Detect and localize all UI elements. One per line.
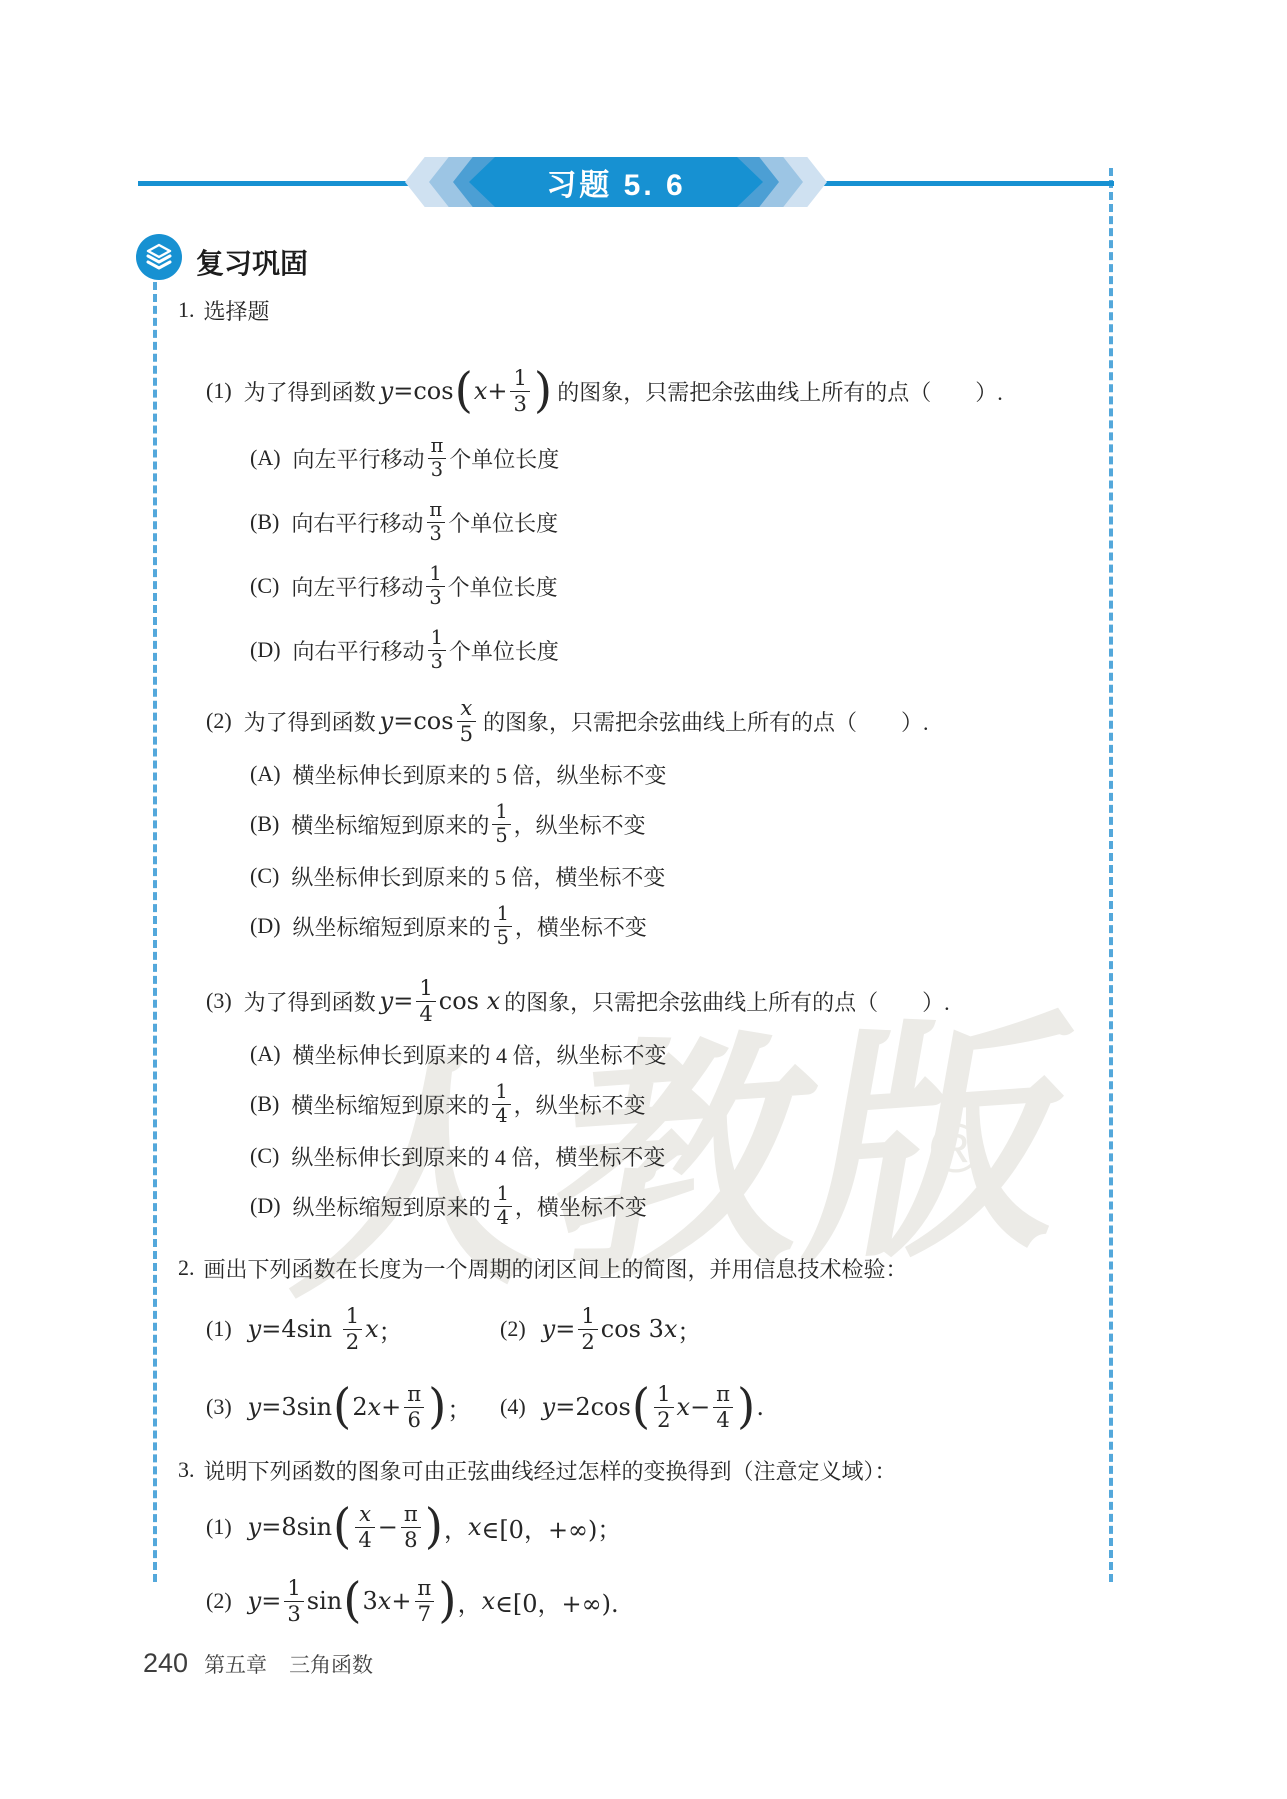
- math-token: 1: [578, 1304, 597, 1328]
- math-token: 3: [362, 1587, 377, 1615]
- option-3d: (D) 纵坐标缩短到原来的 14 ，横坐标不变: [250, 1176, 1115, 1236]
- fraction: x4: [355, 1502, 374, 1552]
- fraction: π3: [428, 435, 447, 481]
- question-1-item-2: (2) 为了得到函数 y=cosx5 的图象，只需把余弦曲线上所有的点（ ）.: [206, 690, 1115, 752]
- math-expression: y=12cos 3x；: [542, 1304, 702, 1354]
- item-label: (3): [206, 1394, 232, 1420]
- question-2-item-1: (1) y=4sin 12x；: [206, 1304, 500, 1354]
- math-token: (: [632, 1383, 650, 1431]
- item-pre-text: 为了得到函数: [244, 986, 376, 1017]
- fraction: 13: [428, 627, 446, 673]
- math-token: 4: [355, 1527, 374, 1552]
- math-token: 1: [510, 366, 529, 390]
- math-token: ；: [379, 1312, 403, 1347]
- math-token: (: [343, 1577, 361, 1625]
- math-token: ): [534, 367, 552, 415]
- option-pre-text: 向左平行移动: [291, 571, 423, 602]
- math-token: (: [455, 367, 473, 415]
- option-pre-text: 横坐标缩短到原来的: [291, 809, 489, 840]
- option-label: (D): [250, 913, 281, 939]
- item-post-text: 的图象，只需把余弦曲线上所有的点（ ）.: [483, 706, 929, 737]
- fraction: 13: [284, 1576, 303, 1626]
- math-token: +: [391, 1587, 411, 1615]
- option-post-text: 个单位长度: [449, 635, 559, 666]
- fraction: 13: [426, 563, 444, 609]
- option-pre-text: 纵坐标伸长到原来的 4 倍，横坐标不变: [291, 1141, 665, 1172]
- item-label: (1): [206, 1514, 232, 1540]
- item-label: (4): [500, 1394, 526, 1420]
- math-token: =2cos: [555, 1393, 631, 1421]
- option-pre-text: 横坐标伸长到原来的 4 倍，纵坐标不变: [293, 1039, 667, 1070]
- banner-hexagon: 习题 5. 6: [469, 157, 763, 207]
- question-2-item-4: (4) y=2cos(12x−π4).: [500, 1382, 768, 1432]
- item-label: (2): [500, 1316, 526, 1342]
- math-token: y: [248, 1513, 262, 1541]
- math-token: 2: [352, 1393, 367, 1421]
- math-token: −: [378, 1513, 398, 1541]
- option-label: (A): [250, 1041, 281, 1067]
- math-token: y: [380, 707, 394, 735]
- question-2-row-1: (1) y=4sin 12x； (2) y=12cos 3x；: [206, 1296, 1115, 1362]
- math-token: 5: [457, 721, 476, 746]
- math-token: ∈[0，+∞).: [495, 1584, 619, 1619]
- math-token: +: [381, 1393, 401, 1421]
- fraction: x5: [457, 696, 476, 746]
- option-pre-text: 向右平行移动: [291, 507, 423, 538]
- option-post-text: 个单位长度: [448, 571, 558, 602]
- math-token: 2: [654, 1407, 673, 1432]
- item-label: (3): [206, 988, 232, 1014]
- exercise-content: 1. 选择题 (1) 为了得到函数 y=cos(x+13) 的图象，只需把余弦曲…: [150, 292, 1115, 1634]
- fraction: 12: [578, 1304, 597, 1354]
- question-1-title: 1. 选择题: [178, 296, 1115, 324]
- banner-title: 习题 5. 6: [546, 160, 685, 204]
- option-post-text: ，横坐标不变: [515, 911, 647, 942]
- math-token: =4sin: [261, 1315, 339, 1343]
- math-token: ，: [444, 1510, 468, 1545]
- option-label: (C): [250, 573, 279, 599]
- math-token: +: [487, 377, 507, 405]
- math-token: π: [713, 1382, 733, 1406]
- math-expression: y=cos(x+13): [380, 366, 554, 416]
- math-token: 6: [404, 1407, 423, 1432]
- option-1c: (C) 向左平行移动 13 个单位长度: [250, 556, 1115, 616]
- option-3c: (C) 纵坐标伸长到原来的 4 倍，横坐标不变: [250, 1138, 1115, 1174]
- math-token: π: [401, 1502, 421, 1526]
- option-label: (A): [250, 761, 281, 787]
- option-label: (A): [250, 445, 281, 471]
- stack-glyph: [145, 243, 173, 271]
- math-token: y: [380, 987, 394, 1015]
- option-1d: (D) 向右平行移动 13 个单位长度: [250, 620, 1115, 680]
- question-number: 1.: [178, 297, 195, 323]
- option-post-text: ，横坐标不变: [515, 1191, 647, 1222]
- question-2-item-2: (2) y=12cos 3x；: [500, 1304, 705, 1354]
- option-pre-text: 向右平行移动: [293, 635, 425, 666]
- math-token: ): [425, 1503, 443, 1551]
- math-token: x: [677, 1393, 691, 1421]
- math-token: π: [404, 1382, 424, 1406]
- question-title-text: 选择题: [204, 295, 270, 326]
- option-3a: (A) 横坐标伸长到原来的 4 倍，纵坐标不变: [250, 1036, 1115, 1072]
- page-number: 240: [143, 1648, 188, 1679]
- math-expression: y=14cos x: [380, 976, 501, 1026]
- math-expression: y=13sin(3x+π7)，x∈[0，+∞).: [248, 1576, 619, 1626]
- option-label: (B): [250, 509, 279, 535]
- math-expression: y=8sin(x4−π8)，x∈[0，+∞)；: [248, 1502, 622, 1552]
- chapter-label: 第五章: [204, 1649, 267, 1679]
- question-title-text: 画出下列函数在长度为一个周期的闭区间上的简图，并用信息技术检验：: [204, 1253, 908, 1284]
- math-token: ；: [677, 1312, 701, 1347]
- option-label: (D): [250, 637, 281, 663]
- math-token: 4: [713, 1407, 732, 1432]
- math-token: y: [542, 1393, 556, 1421]
- option-pre-text: 向左平行移动: [293, 443, 425, 474]
- math-token: ∈[0，+∞)；: [482, 1510, 622, 1545]
- math-token: y: [248, 1587, 262, 1615]
- option-post-text: ，纵坐标不变: [514, 809, 646, 840]
- math-token: ): [428, 1383, 446, 1431]
- math-token: x: [457, 696, 475, 720]
- textbook-page: 人教版 ® 习题 5. 6 复习巩固 1. 选择题 (1) 为: [0, 0, 1287, 1799]
- math-token: 1: [416, 976, 435, 1000]
- math-token: y: [248, 1393, 262, 1421]
- page-footer: 240 第五章 三角函数: [143, 1648, 373, 1679]
- option-label: (B): [250, 1091, 279, 1117]
- question-1-item-3: (3) 为了得到函数 y=14cos x 的图象，只需把余弦曲线上所有的点（ ）…: [206, 970, 1115, 1032]
- item-label: (2): [206, 708, 232, 734]
- question-3-item-1: (1) y=8sin(x4−π8)，x∈[0，+∞)；: [206, 1494, 1115, 1560]
- math-token: ): [438, 1577, 456, 1625]
- math-token: x: [365, 1315, 379, 1343]
- option-2b: (B) 横坐标缩短到原来的 15 ，纵坐标不变: [250, 794, 1115, 854]
- math-expression: y=2cos(12x−π4).: [542, 1382, 764, 1432]
- math-token: x: [368, 1393, 382, 1421]
- fraction: 13: [510, 366, 529, 416]
- question-3-title: 3. 说明下列函数的图象可由正弦曲线经过怎样的变换得到（注意定义域）：: [178, 1454, 1115, 1486]
- math-expression: y=4sin 12x；: [248, 1304, 403, 1354]
- math-token: 8: [401, 1527, 420, 1552]
- option-1b: (B) 向右平行移动 π3 个单位长度: [250, 492, 1115, 552]
- option-pre-text: 纵坐标缩短到原来的: [293, 1191, 491, 1222]
- question-3-item-2: (2) y=13sin(3x+π7)，x∈[0，+∞).: [206, 1568, 1115, 1634]
- option-label: (C): [250, 863, 279, 889]
- option-1a: (A) 向左平行移动 π3 个单位长度: [250, 428, 1115, 488]
- fraction: 15: [494, 903, 512, 949]
- fraction: 12: [654, 1382, 673, 1432]
- option-2a: (A) 横坐标伸长到原来的 5 倍，纵坐标不变: [250, 756, 1115, 792]
- math-token: −: [690, 1393, 710, 1421]
- math-token: x: [378, 1587, 392, 1615]
- math-token: (: [333, 1383, 351, 1431]
- option-pre-text: 纵坐标缩短到原来的: [293, 911, 491, 942]
- fraction: π3: [426, 499, 445, 545]
- question-title-text: 说明下列函数的图象可由正弦曲线经过怎样的变换得到（注意定义域）：: [204, 1455, 897, 1486]
- math-token: =8sin: [261, 1513, 332, 1541]
- question-number: 2.: [178, 1255, 195, 1281]
- option-2d: (D) 纵坐标缩短到原来的 15 ，横坐标不变: [250, 896, 1115, 956]
- math-token: 1: [654, 1382, 673, 1406]
- math-token: 7: [415, 1601, 434, 1626]
- math-expression: y=cosx5: [380, 696, 479, 746]
- option-post-text: 个单位长度: [448, 507, 558, 538]
- fraction: π7: [414, 1576, 434, 1626]
- math-token: x: [487, 987, 501, 1015]
- item-post-text: 的图象，只需把余弦曲线上所有的点（ ）.: [504, 986, 950, 1017]
- section-heading: 复习巩固: [196, 242, 308, 282]
- math-token: 3: [510, 391, 529, 416]
- question-2-title: 2. 画出下列函数在长度为一个周期的闭区间上的简图，并用信息技术检验：: [178, 1252, 1115, 1284]
- option-label: (D): [250, 1193, 281, 1219]
- math-token: cos 3: [601, 1315, 664, 1343]
- option-pre-text: 纵坐标伸长到原来的 5 倍，横坐标不变: [291, 861, 665, 892]
- math-expression: y=3sin(2x+π6)；: [248, 1382, 472, 1432]
- math-token: =cos: [393, 377, 453, 405]
- item-label: (1): [206, 378, 232, 404]
- fraction: 14: [494, 1183, 512, 1229]
- math-token: sin: [307, 1587, 342, 1615]
- math-token: 1: [343, 1304, 362, 1328]
- option-2c: (C) 纵坐标伸长到原来的 5 倍，横坐标不变: [250, 858, 1115, 894]
- math-token: =cos: [393, 707, 453, 735]
- math-token: ): [737, 1383, 755, 1431]
- option-label: (C): [250, 1143, 279, 1169]
- question-2-row-2: (3) y=3sin(2x+π6)； (4) y=2cos(12x−π4).: [206, 1374, 1115, 1440]
- option-3b: (B) 横坐标缩短到原来的 14 ，纵坐标不变: [250, 1074, 1115, 1134]
- math-token: x: [468, 1513, 482, 1541]
- math-token: =3sin: [261, 1393, 332, 1421]
- math-token: y: [542, 1315, 556, 1343]
- question-number: 3.: [178, 1457, 195, 1483]
- math-token: x: [482, 1587, 496, 1615]
- question-1-item-1: (1) 为了得到函数 y=cos(x+13) 的图象，只需把余弦曲线上所有的点（…: [206, 358, 1115, 424]
- math-token: =: [555, 1315, 575, 1343]
- math-token: y: [248, 1315, 262, 1343]
- option-label: (B): [250, 811, 279, 837]
- math-token: =: [261, 1587, 281, 1615]
- exercise-banner: 习题 5. 6: [405, 157, 827, 207]
- option-pre-text: 横坐标缩短到原来的: [291, 1089, 489, 1120]
- option-post-text: ，纵坐标不变: [514, 1089, 646, 1120]
- math-token: π: [414, 1576, 434, 1600]
- option-pre-text: 横坐标伸长到原来的 5 倍，纵坐标不变: [293, 759, 667, 790]
- chapter-title: 三角函数: [289, 1649, 373, 1679]
- fraction: 15: [492, 801, 510, 847]
- math-token: 4: [416, 1001, 435, 1026]
- fraction: π4: [713, 1382, 733, 1432]
- math-token: 2: [343, 1329, 362, 1354]
- item-post-text: 的图象，只需把余弦曲线上所有的点（ ）.: [557, 376, 1003, 407]
- math-token: .: [756, 1393, 764, 1421]
- math-token: y: [380, 377, 394, 405]
- fraction: π6: [404, 1382, 424, 1432]
- math-token: x: [356, 1502, 374, 1526]
- item-label: (2): [206, 1588, 232, 1614]
- item-pre-text: 为了得到函数: [244, 706, 376, 737]
- fraction: 14: [416, 976, 435, 1026]
- question-2-item-3: (3) y=3sin(2x+π6)；: [206, 1382, 500, 1432]
- math-token: x: [664, 1315, 678, 1343]
- math-token: ，: [458, 1584, 482, 1619]
- item-label: (1): [206, 1316, 232, 1342]
- math-token: cos: [439, 987, 487, 1015]
- option-post-text: 个单位长度: [449, 443, 559, 474]
- review-stack-icon: [136, 234, 182, 280]
- math-token: =: [393, 987, 413, 1015]
- item-pre-text: 为了得到函数: [244, 376, 376, 407]
- fraction: 14: [492, 1081, 510, 1127]
- math-token: 2: [578, 1329, 597, 1354]
- fraction: 12: [343, 1304, 362, 1354]
- math-token: ；: [447, 1390, 471, 1425]
- math-token: x: [474, 377, 488, 405]
- math-token: 1: [284, 1576, 303, 1600]
- math-token: 3: [284, 1601, 303, 1626]
- fraction: π8: [401, 1502, 421, 1552]
- math-token: (: [333, 1503, 351, 1551]
